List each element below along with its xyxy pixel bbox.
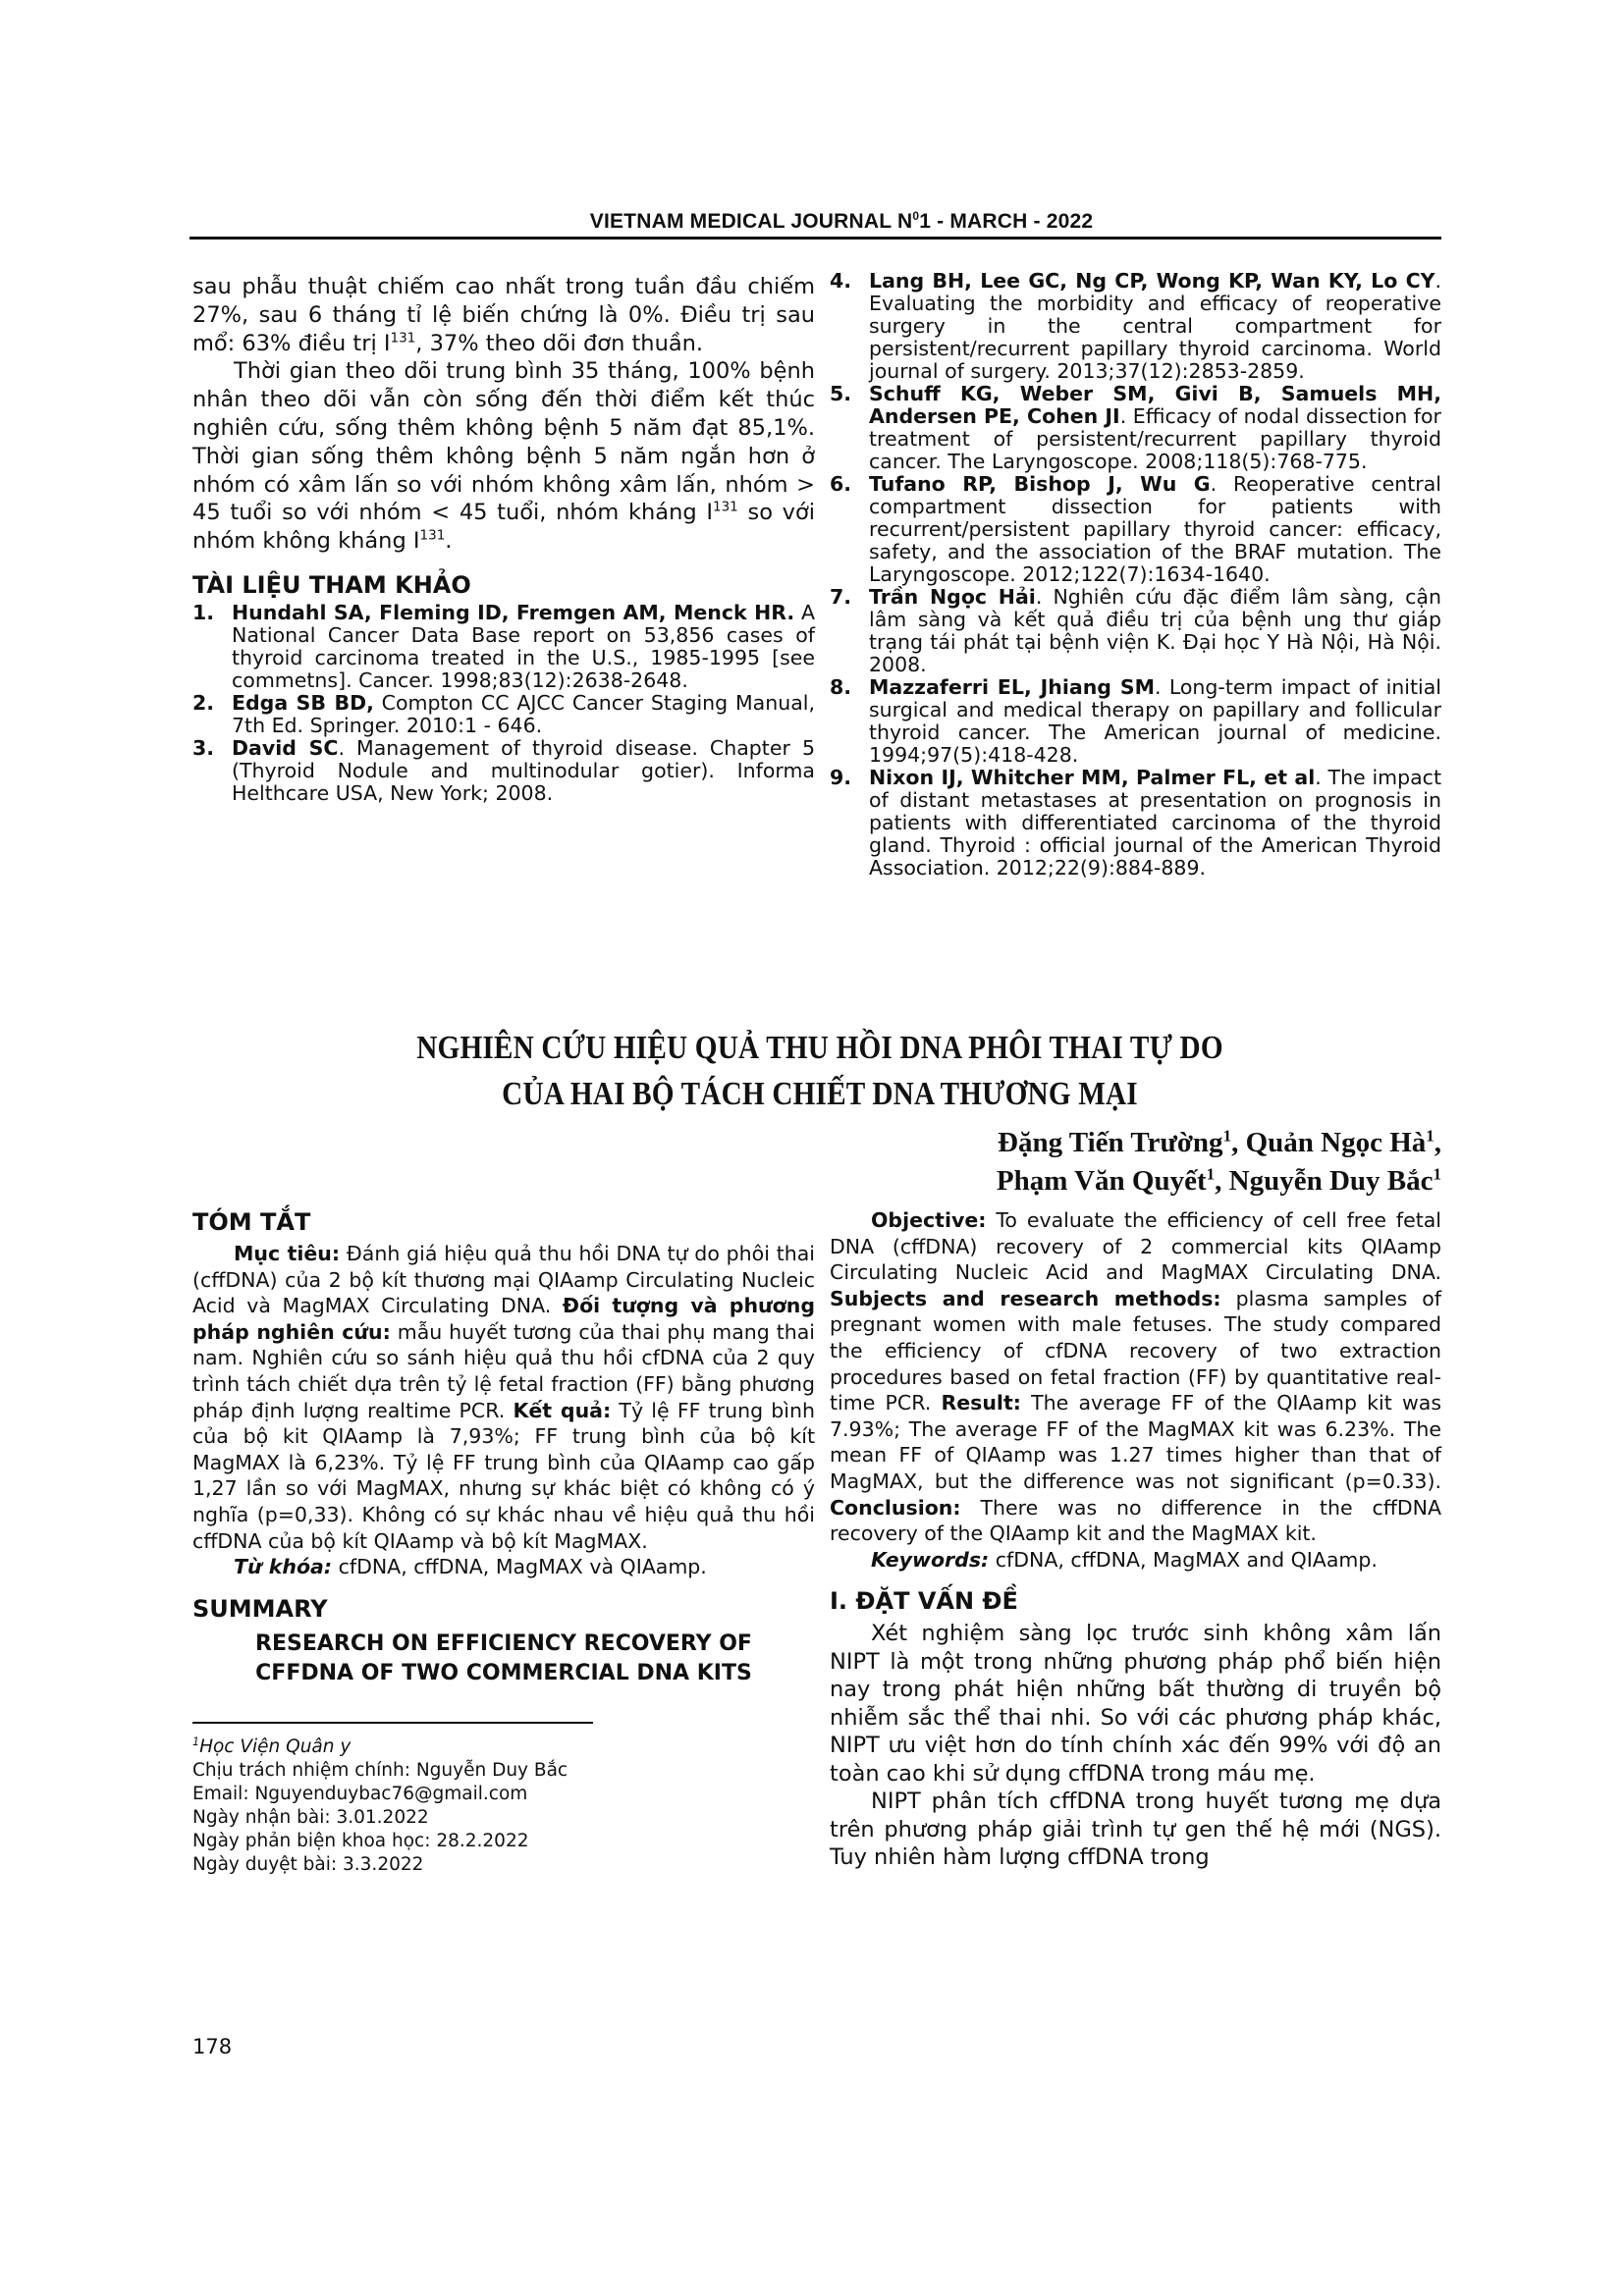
author-name: Quản Ngọc Hà [1246,1127,1427,1158]
summary-heading: SUMMARY [192,1594,815,1624]
tom-tat-keywords: Từ khóa: cfDNA, cffDNA, MagMAX và QIAamp… [192,1554,815,1580]
article-title: NGHIÊN CỨU HIỆU QUẢ THU HỒI DNA PHÔI THA… [284,1025,1356,1117]
reference-item: 9.Nixon IJ, Whitcher MM, Palmer FL, et a… [830,767,1441,880]
date-approved: Ngày duyệt bài: 3.3.2022 [192,1853,815,1877]
tom-tat-heading: TÓM TẮT [192,1207,815,1237]
reference-item: 6.Tufano RP, Bishop J, Wu G. Reoperative… [830,473,1441,586]
reference-item: 7.Trần Ngọc Hải. Nghiên cứu đặc điểm lâm… [830,586,1441,676]
header-rule [189,237,1441,240]
journal-name: VIETNAM MEDICAL JOURNAL N [590,210,913,233]
intro-paragraph-1: Xét nghiệm sàng lọc trước sinh không xâm… [830,1620,1441,1788]
tom-tat-body: Mục tiêu: Đánh giá hiệu quả thu hồi DNA … [192,1241,815,1554]
summary-english-title: RESEARCH ON EFFICIENCY RECOVERY OF CFFDN… [192,1629,815,1688]
article-title-line-2: CỦA HAI BỘ TÁCH CHIẾT DNA THƯƠNG MẠI [284,1071,1356,1117]
article-footnote: 1Học Viện Quân y Chịu trách nhiệm chính:… [192,1735,815,1877]
intro-heading: I. ĐẶT VẤN ĐỀ [830,1586,1441,1616]
reference-list-left: 1.Hundahl SA, Fleming ID, Fremgen AM, Me… [192,602,815,805]
affiliation: 1Học Viện Quân y [192,1735,815,1759]
reference-item: 5.Schuff KG, Weber SM, Givi B, Samuels M… [830,383,1441,473]
reference-item: 1.Hundahl SA, Fleming ID, Fremgen AM, Me… [192,602,815,692]
prev-paragraph-1: sau phẫu thuật chiếm cao nhất trong tuần… [192,273,815,357]
author-list: Đặng Tiến Trường1, Quản Ngọc Hà1, Phạm V… [997,1124,1441,1201]
reference-item: 3.David SC. Management of thyroid diseas… [192,737,815,805]
footnote-rule [192,1722,593,1724]
journal-running-header: VIETNAM MEDICAL JOURNAL N01 - MARCH - 20… [0,210,1624,234]
date-received: Ngày nhận bài: 3.01.2022 [192,1806,815,1830]
date-reviewed: Ngày phản biện khoa học: 28.2.2022 [192,1830,815,1853]
corresponding-author: Chịu trách nhiệm chính: Nguyễn Duy Bắc [192,1759,815,1783]
intro-paragraph-2: NIPT phân tích cffDNA trong huyết tương … [830,1788,1441,1872]
author-line-1: Đặng Tiến Trường1, Quản Ngọc Hà1, [997,1124,1441,1162]
author-line-2: Phạm Văn Quyết1, Nguyễn Duy Bắc1 [997,1162,1441,1201]
corresponding-email: Email: Nguyenduybac76@gmail.com [192,1783,815,1806]
abstract-right-column: Objective: To evaluate the efficiency of… [830,1207,1441,1872]
reference-list-right: 4.Lang BH, Lee GC, Ng CP, Wong KP, Wan K… [830,270,1441,880]
summary-keywords: Keywords: cfDNA, cffDNA, MagMAX and QIAa… [830,1547,1441,1574]
reference-item: 8.Mazzaferri EL, Jhiang SM. Long-term im… [830,676,1441,767]
author-name: Phạm Văn Quyết [997,1165,1207,1197]
author-name: Đặng Tiến Trường [998,1127,1223,1158]
article-title-line-1: NGHIÊN CỨU HIỆU QUẢ THU HỒI DNA PHÔI THA… [284,1025,1356,1071]
reference-item: 4.Lang BH, Lee GC, Ng CP, Wong KP, Wan K… [830,270,1441,383]
references-heading: TÀI LIỆU THAM KHẢO [192,571,815,600]
page-number: 178 [192,2035,232,2058]
previous-article-left-column: sau phẫu thuật chiếm cao nhất trong tuần… [192,273,815,805]
reference-item: 2.Edga SB BD, Compton CC AJCC Cancer Sta… [192,692,815,737]
summary-body: Objective: To evaluate the efficiency of… [830,1207,1441,1547]
abstract-left-column: TÓM TẮT Mục tiêu: Đánh giá hiệu quả thu … [192,1207,815,1877]
previous-article-right-column: 4.Lang BH, Lee GC, Ng CP, Wong KP, Wan K… [830,270,1441,880]
author-name: Nguyễn Duy Bắc [1229,1165,1434,1197]
journal-issue-date: 1 - MARCH - 2022 [919,210,1093,233]
prev-paragraph-2: Thời gian theo dõi trung bình 35 tháng, … [192,357,815,556]
